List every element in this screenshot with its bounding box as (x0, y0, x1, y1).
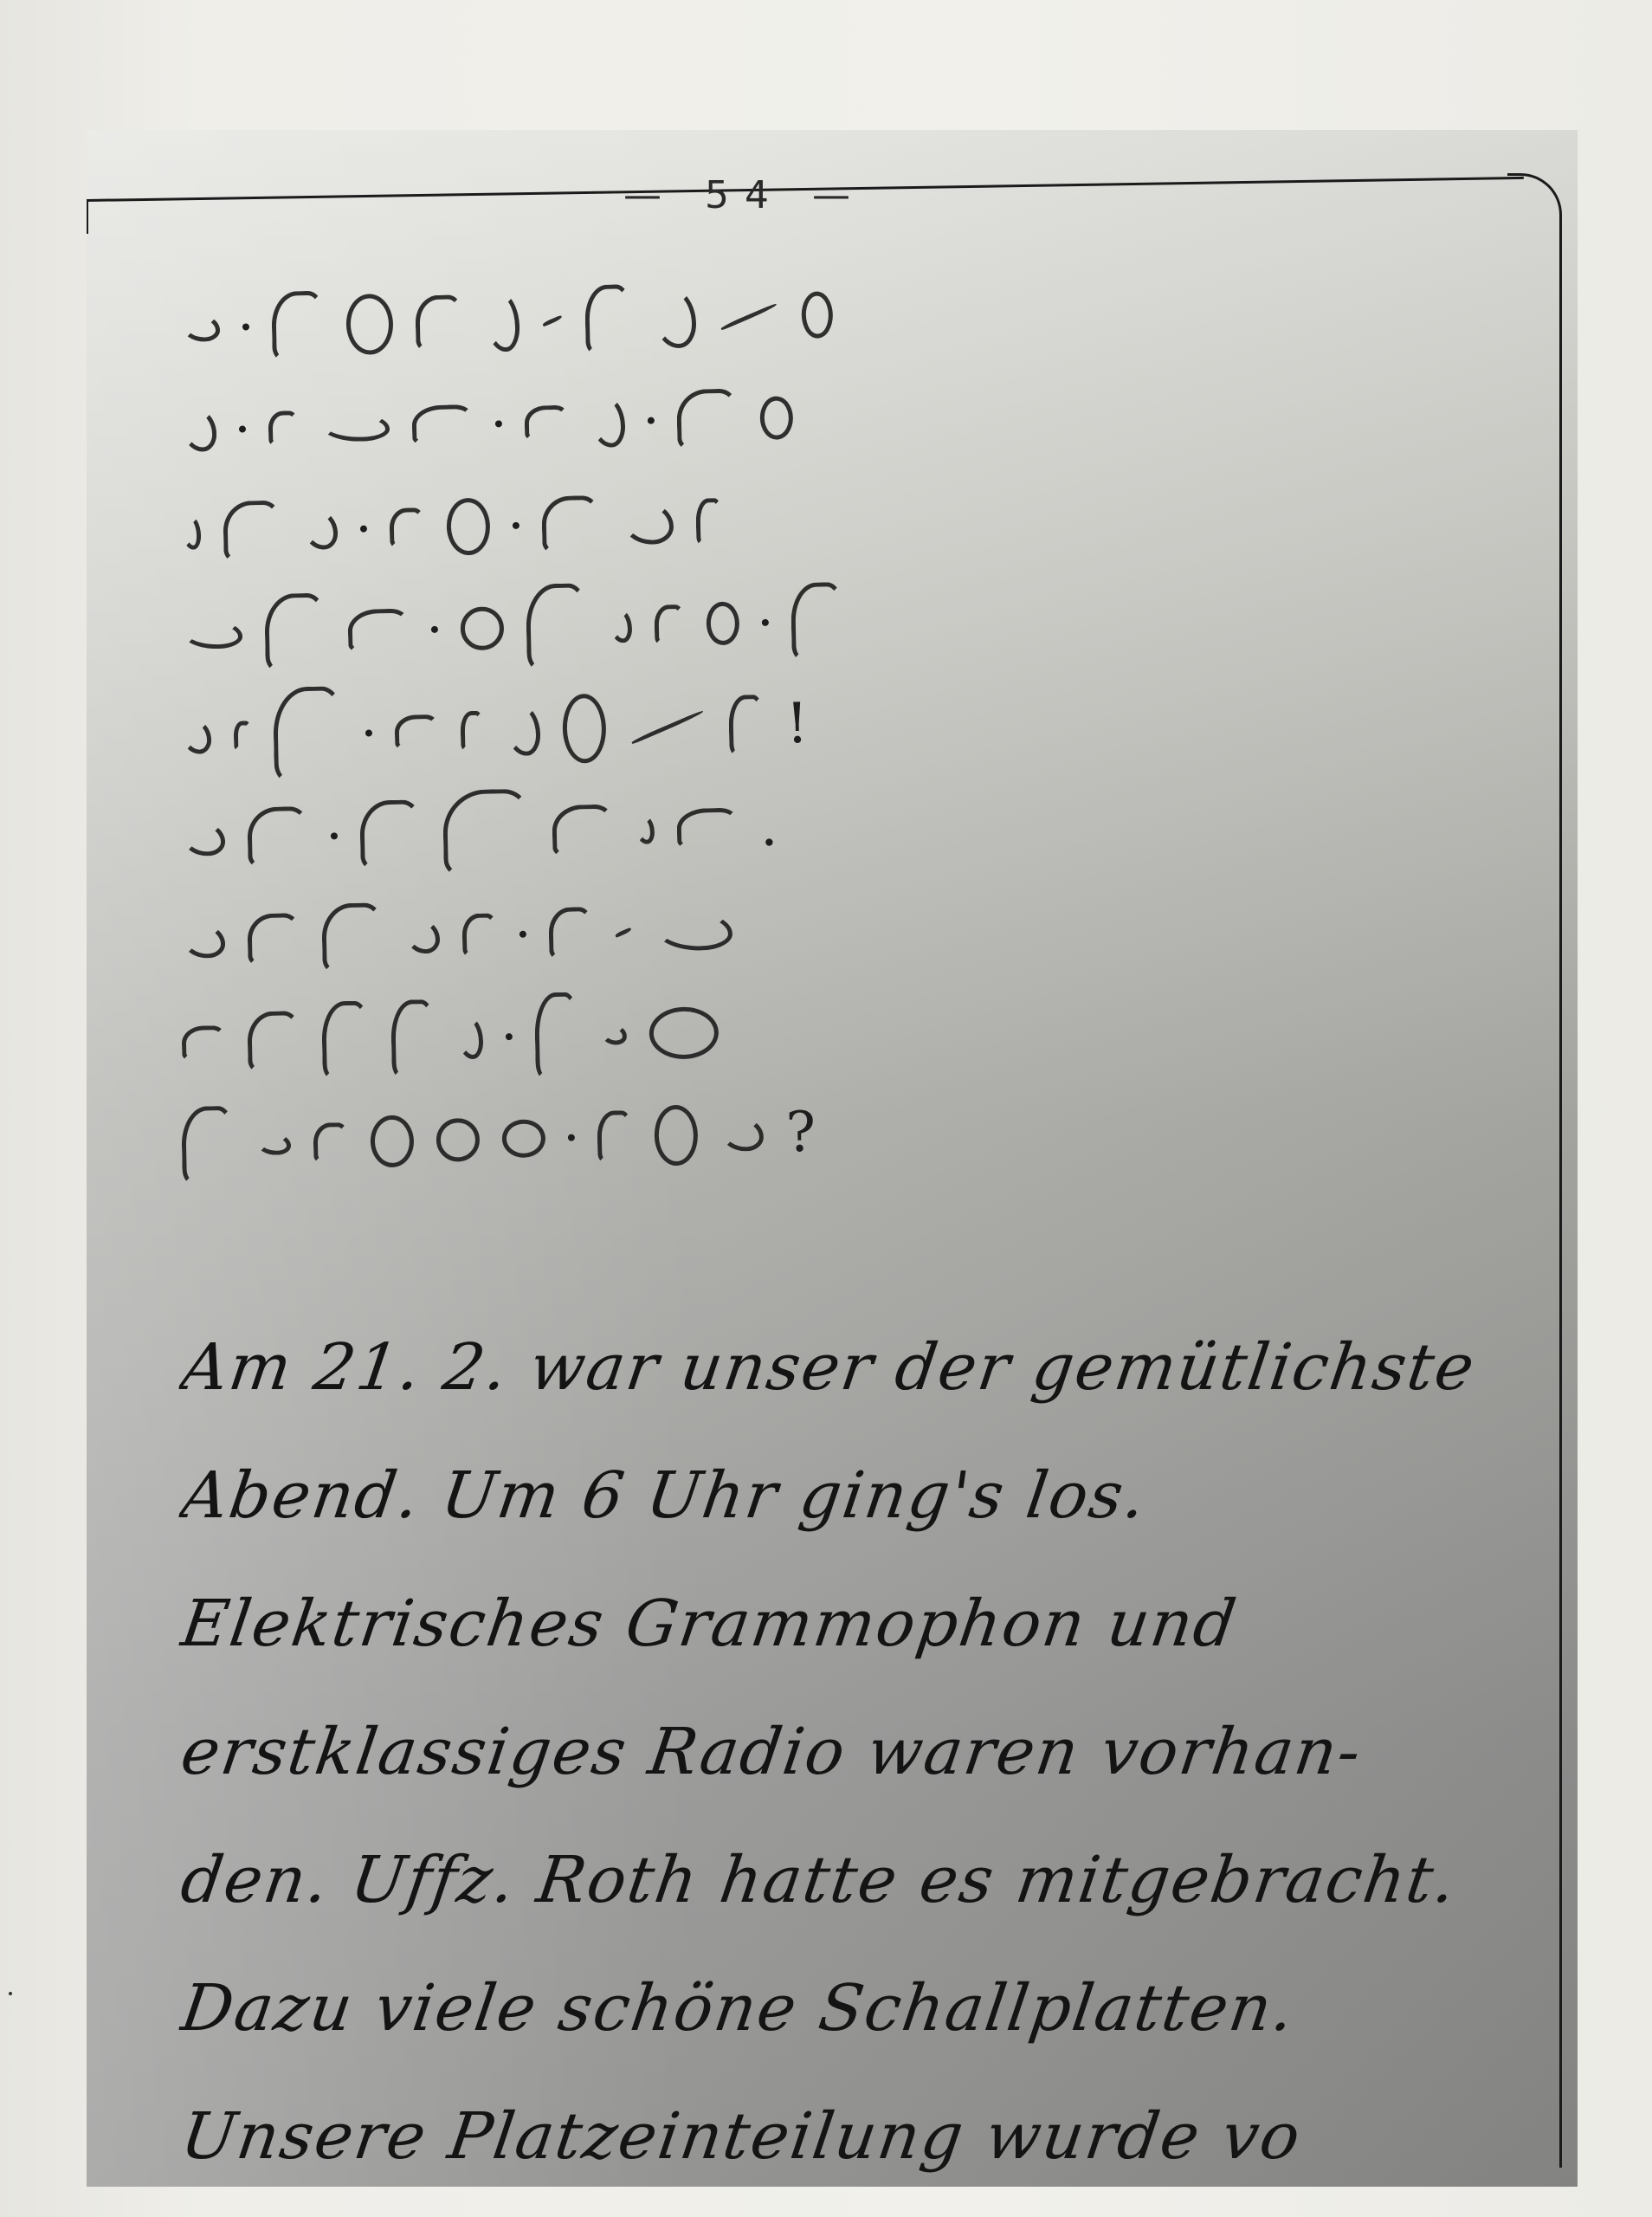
shorthand-glyph (313, 1122, 348, 1163)
shorthand-glyph (223, 501, 281, 562)
longhand-line: Elektrisches Grammophon und (173, 1560, 1585, 1688)
shorthand-glyph (534, 992, 579, 1079)
shorthand-glyph (460, 711, 483, 752)
shorthand-glyph (182, 719, 212, 754)
shorthand-glyph (631, 709, 705, 744)
shorthand-glyph (446, 498, 490, 556)
page-number: — 54 — (623, 173, 866, 217)
shorthand-glyph (460, 606, 504, 650)
shorthand-glyph (562, 694, 607, 764)
margin-mark (9, 1992, 12, 1995)
shorthand-glyph (552, 805, 613, 857)
shorthand-glyph (791, 582, 844, 661)
shorthand-dot (648, 417, 655, 424)
shorthand-glyph (182, 313, 221, 342)
shorthand-glyph (247, 806, 308, 868)
shorthand-glyph (182, 515, 202, 550)
longhand-block: Am 21. 2. war unser der gemütlichste Abe… (182, 1303, 1576, 2201)
shorthand-glyph (615, 927, 632, 937)
shorthand-dot (331, 832, 338, 839)
shorthand-glyph (654, 910, 732, 952)
shorthand-glyph (389, 507, 424, 548)
shorthand-glyph (256, 1132, 292, 1155)
shorthand-glyph (759, 396, 793, 440)
shorthand-glyph (390, 999, 436, 1078)
shorthand-glyph (621, 501, 674, 545)
shorthand-glyph (720, 302, 778, 330)
shorthand-glyph (695, 498, 722, 546)
shorthand-glyph (320, 411, 390, 443)
shorthand-glyph (302, 509, 338, 550)
shorthand-glyph (636, 815, 655, 844)
shorthand-glyph (436, 1118, 480, 1162)
shorthand-glyph (801, 291, 833, 339)
shorthand-glyph (584, 284, 631, 354)
shorthand-glyph (405, 919, 441, 954)
shorthand-glyph (181, 408, 216, 452)
longhand-line: den. Uffz. Roth hatte es mitgebracht. (173, 1816, 1585, 1944)
shorthand-dot (242, 323, 249, 330)
shorthand-glyph (542, 314, 563, 326)
shorthand-glyph (370, 1115, 414, 1167)
shorthand-glyph (247, 913, 300, 966)
shorthand-glyph (359, 799, 422, 869)
shorthand-punctuation: . (759, 795, 778, 859)
book-page: — 54 — (0, 0, 1652, 2217)
shorthand-glyph (649, 1006, 719, 1060)
shorthand-glyph (442, 789, 531, 877)
shorthand-glyph (706, 602, 739, 646)
shorthand-punctuation: ! (785, 692, 809, 757)
shorthand-glyph (524, 405, 568, 441)
shorthand-glyph (264, 593, 326, 672)
shorthand-punctuation: ? (785, 1101, 816, 1166)
shorthand-glyph (268, 410, 299, 446)
shorthand-glyph (273, 686, 344, 783)
shorthand-glyph (411, 404, 473, 445)
shorthand-glyph (415, 294, 462, 351)
shorthand-glyph (347, 609, 409, 653)
longhand-line: Abend. Um 6 Uhr ging's los. (173, 1432, 1585, 1560)
shorthand-glyph (654, 604, 684, 645)
shorthand-glyph (271, 291, 325, 361)
shorthand-block: ! . (182, 277, 1533, 1197)
shorthand-glyph (247, 1011, 300, 1072)
shorthand-dot (239, 425, 246, 432)
shorthand-glyph (676, 389, 738, 450)
longhand-line: Am 21. 2. war unser der gemütlichste (173, 1303, 1585, 1432)
shorthand-glyph (526, 583, 588, 670)
shorthand-dot (568, 1134, 575, 1141)
shorthand-glyph (181, 1106, 235, 1185)
shorthand-glyph (461, 913, 497, 957)
shorthand-glyph (501, 1119, 545, 1158)
shorthand-glyph (601, 1024, 627, 1045)
shorthand-glyph (541, 495, 599, 553)
shorthand-glyph (345, 294, 393, 355)
shorthand-glyph (652, 288, 696, 349)
shorthand-dot (513, 522, 519, 529)
shorthand-glyph (609, 608, 632, 643)
shorthand-glyph (597, 1110, 632, 1163)
shorthand-glyph (505, 703, 540, 756)
shorthand-glyph (182, 923, 226, 959)
shorthand-dot (762, 619, 769, 626)
shorthand-dot (495, 420, 502, 427)
shorthand-glyph (484, 291, 519, 352)
facsimile-plate: — 54 — (87, 130, 1578, 2187)
shorthand-dot (360, 526, 367, 533)
longhand-line: erstklassiges Radio waren vorhan- (173, 1688, 1585, 1816)
shorthand-glyph (321, 1000, 370, 1079)
shorthand-dot (506, 1033, 513, 1040)
shorthand-dot (431, 626, 438, 633)
longhand-line: Dazu viele schöne Schallplatten. (173, 1944, 1585, 2072)
shorthand-glyph (234, 721, 252, 750)
shorthand-dot (365, 729, 372, 736)
shorthand-glyph (590, 395, 625, 448)
shorthand-glyph (321, 902, 384, 973)
shorthand-glyph (182, 821, 226, 856)
shorthand-glyph (676, 808, 738, 849)
longhand-line: Unsere Platzeinteilung wurde vo (173, 2072, 1585, 2201)
shorthand-glyph (548, 907, 592, 960)
shorthand-glyph (456, 1016, 483, 1060)
shorthand-glyph (182, 619, 243, 650)
shorthand-glyph (720, 1116, 764, 1152)
shorthand-glyph (654, 1105, 698, 1167)
page-corner-tick (87, 199, 88, 234)
shorthand-glyph (182, 1025, 226, 1061)
shorthand-glyph (395, 714, 439, 750)
shorthand-glyph (728, 695, 764, 756)
shorthand-dot (519, 931, 526, 938)
